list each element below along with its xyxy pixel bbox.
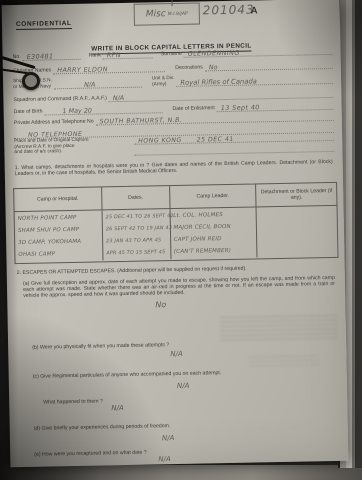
decorations-value: No [205, 63, 218, 71]
question-2e: (e) How were you recaptured and on what … [34, 450, 147, 458]
table-cell: APR 45 TO 15 SEPT 45 [103, 246, 170, 259]
squadron-label: Squadron and Command (R.A.F., A.A.F.) [13, 95, 109, 104]
header-camp: Camp or Hospital. [14, 187, 101, 211]
ship-line: N/A [54, 79, 142, 90]
unit-line: Royal Rifles of Canada [176, 75, 333, 87]
answer-2c: N/A [177, 382, 190, 390]
enlistment-label: Date of Enlistment [172, 105, 217, 113]
birth-value: 1 May 20 [44, 107, 92, 116]
ink-bleed-smudge [220, 315, 338, 343]
row-names-decorations: Christian Names HARRY ELDON Decorations … [13, 60, 333, 75]
answer-2b: N/A [170, 350, 183, 358]
file-reference-box: Misc M.I.9/JAP [134, 2, 200, 25]
decorations-line: No [205, 60, 333, 71]
file-reference-misc: Misc [146, 9, 166, 19]
no-line: E30481 [23, 51, 81, 61]
question-2b: (b) Were you physically fit when you mad… [32, 342, 169, 351]
header-dates: Dates. [101, 186, 169, 209]
file-eyelet [22, 72, 40, 90]
table-cell: OHASI CAMP [15, 247, 102, 261]
answer-2d: N/A [162, 434, 175, 442]
question-2c: (c) Give Regimental particulars of anyon… [33, 370, 222, 380]
column-camp: NORTH POINT CAMP SHAM SHUI PO CAMP 3D CA… [15, 210, 103, 262]
table-cell [258, 243, 338, 257]
header-detachment: Detachment or Block Leader (if any). [256, 183, 337, 207]
camps-table: Camp or Hospital. Dates. Camp Leader. De… [13, 182, 338, 264]
liberation-questionnaire-form: CONFIDENTIAL Misc M.I.9/JAP 201043 A WRI… [2, 0, 349, 467]
squadron-value: N/A [109, 94, 124, 102]
confidential-stamp: CONFIDENTIAL [16, 20, 72, 30]
camps-table-body: NORTH POINT CAMP SHAM SHUI PO CAMP 3D CA… [15, 206, 338, 262]
unit-label: Unit & Div.(Army) [152, 76, 177, 88]
copy-letter: A [251, 5, 258, 16]
question-2a: (a) Give full description and approx. da… [23, 276, 335, 300]
column-detachment [256, 206, 337, 258]
rank-line: RFN [103, 49, 153, 59]
address-label: Private Address and Telephone No [14, 119, 96, 128]
answer-2a: No [155, 300, 166, 309]
capture-value: HONG KONG 25 DEC 41 [134, 136, 234, 145]
birth-label: Date of Birth [14, 108, 45, 116]
column-dates: 25 DEC 41 TO 26 SEPT 42 26 SEPT 42 TO 19… [101, 209, 170, 260]
surname-line: GLENDENNING [184, 46, 333, 58]
enlistment-value: 13 Sept 40 [217, 103, 260, 112]
ship-value: N/A [54, 81, 95, 90]
address-line: SOUTH BATHURST, N.B. [96, 113, 334, 126]
birth-line: 1 May 20 [44, 104, 162, 115]
surname-label: Surname [161, 51, 184, 58]
form-reference: M.I.9/JAP [168, 11, 188, 16]
decorations-label: Decorations [175, 64, 205, 72]
question-2c2: What happened to them ? [43, 398, 103, 405]
column-leader: Lt. COL. HOLMES MAJOR CECIL BOON CAPT JO… [169, 207, 257, 259]
capture-line-2 [134, 144, 334, 156]
serial-number: 201043 [203, 2, 255, 17]
surname-value: GLENDENNING [184, 49, 240, 58]
unit-value: Royal Rifles of Canada [176, 78, 257, 88]
squadron-line: N/A [109, 89, 334, 102]
table-cell: (CAN'T REMEMBER) [171, 244, 257, 258]
christian-names-line: HARRY ELDON [53, 63, 165, 74]
answer-2c2: N/A [111, 404, 124, 412]
no-value: E30481 [23, 52, 54, 61]
question-1: 1. What camps, detachments or hospitals … [15, 160, 333, 178]
header-leader: Camp Leader. [169, 184, 256, 208]
ink-bleed-smudge [248, 355, 318, 366]
capture-label: Place and Date of Original Capture (Airc… [14, 137, 134, 156]
rank-value: RFN [103, 51, 121, 59]
address-value: SOUTH BATHURST, N.B. [96, 117, 183, 126]
enlistment-line: 13 Sept 40 [217, 101, 334, 112]
christian-names-value: HARRY ELDON [53, 65, 108, 74]
document-photo: CONFIDENTIAL Misc M.I.9/JAP 201043 A WRI… [0, 0, 362, 480]
answer-2e: N/A [158, 455, 171, 463]
desk-surface [0, 465, 362, 480]
rank-label: Rank [89, 52, 103, 59]
question-2d: (d) Give briefly your experiences during… [34, 423, 171, 432]
row-ship-unit: Ship (R.N., U.S.N.or Merchant Navy N/A U… [13, 73, 333, 90]
